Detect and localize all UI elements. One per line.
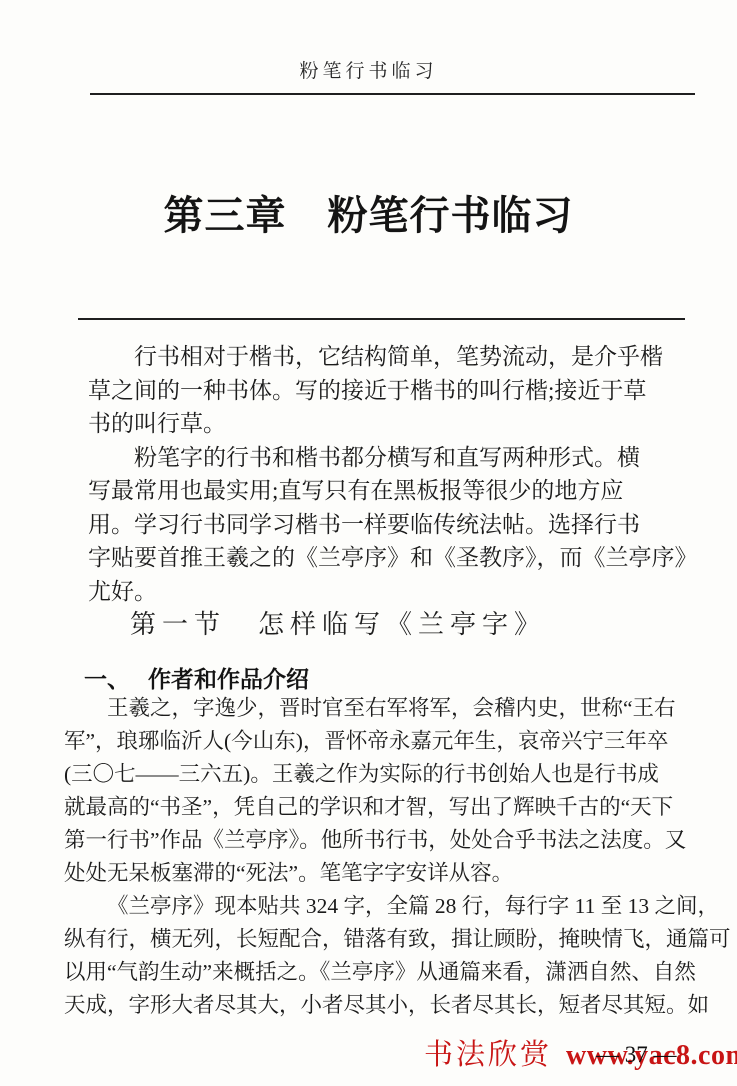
body-paragraphs: 王羲之，字逸少，晋时官至右军将军，会稽内史，世称“王右 军”，琅琊临沂人(今山东… xyxy=(64,692,694,1022)
page-number: — 37 — xyxy=(596,1042,677,1068)
intro-line: 字贴要首推王羲之的《兰亭序》和《圣教序》，而《兰亭序》 xyxy=(88,541,673,575)
chapter-title: 第三章 粉笔行书临习 xyxy=(0,184,737,241)
intro-paragraphs: 行书相对于楷书，它结构简单，笔势流动，是介乎楷 草之间的一种书体。写的接近于楷书… xyxy=(88,340,673,608)
intro-line: 草之间的一种书体。写的接近于楷书的叫行楷;接近于草 xyxy=(88,374,673,408)
watermark: 书法欣赏 www.yac8.com xyxy=(424,1032,737,1073)
intro-line: 尤好。 xyxy=(88,575,673,609)
body-line: 军”，琅琊临沂人(今山东)，晋怀帝永嘉元年生，哀帝兴宁三年卒 xyxy=(64,725,694,758)
subsection-number: 一、 xyxy=(84,666,130,692)
intro-line: 写最常用也最实用;直写只有在黑板报等很少的地方应 xyxy=(88,474,673,508)
chapter-rule xyxy=(78,318,685,320)
body-line: 《兰亭序》现本贴共 324 字，全篇 28 行，每行字 11 至 13 之间， xyxy=(64,890,694,923)
body-line: 就最高的“书圣”，凭自己的学识和才智，写出了辉映千古的“天下 xyxy=(64,791,694,824)
body-line: 第一行书”作品《兰亭序》。他所书行书，处处合乎书法之法度。又 xyxy=(64,824,694,857)
running-head: 粉笔行书临习 xyxy=(0,56,737,83)
header-rule xyxy=(90,93,695,95)
section-heading: 第一节 怎样临写《兰亭字》 xyxy=(130,604,546,641)
intro-line: 用。学习行书同学习楷书一样要临传统法帖。选择行书 xyxy=(88,508,673,542)
intro-line: 行书相对于楷书，它结构简单，笔势流动，是介乎楷 xyxy=(88,340,673,374)
intro-line: 书的叫行草。 xyxy=(88,407,673,441)
watermark-site-name: 书法欣赏 xyxy=(424,1039,552,1071)
book-page: 粉笔行书临习 第三章 粉笔行书临习 行书相对于楷书，它结构简单，笔势流动，是介乎… xyxy=(0,0,737,1086)
intro-line: 粉笔字的行书和楷书都分横写和直写两种形式。横 xyxy=(88,441,673,475)
body-line: 纵有行，横无列，长短配合，错落有致，揖让顾盼，掩映情飞，通篇可 xyxy=(64,923,694,956)
subsection-title: 作者和作品介绍 xyxy=(148,666,309,692)
body-line: (三〇七——三六五)。王羲之作为实际的行书创始人也是行书成 xyxy=(64,758,694,791)
body-line: 王羲之，字逸少，晋时官至右军将军，会稽内史，世称“王右 xyxy=(64,692,694,725)
subsection-heading: 一、作者和作品介绍 xyxy=(84,661,309,694)
body-line: 处处无呆板塞滞的“死法”。笔笔字字安详从容。 xyxy=(64,857,694,890)
body-line: 天成，字形大者尽其大，小者尽其小，长者尽其长，短者尽其短。如 xyxy=(64,989,694,1022)
body-line: 以用“气韵生动”来概括之。《兰亭序》从通篇来看，潇洒自然、自然 xyxy=(64,956,694,989)
